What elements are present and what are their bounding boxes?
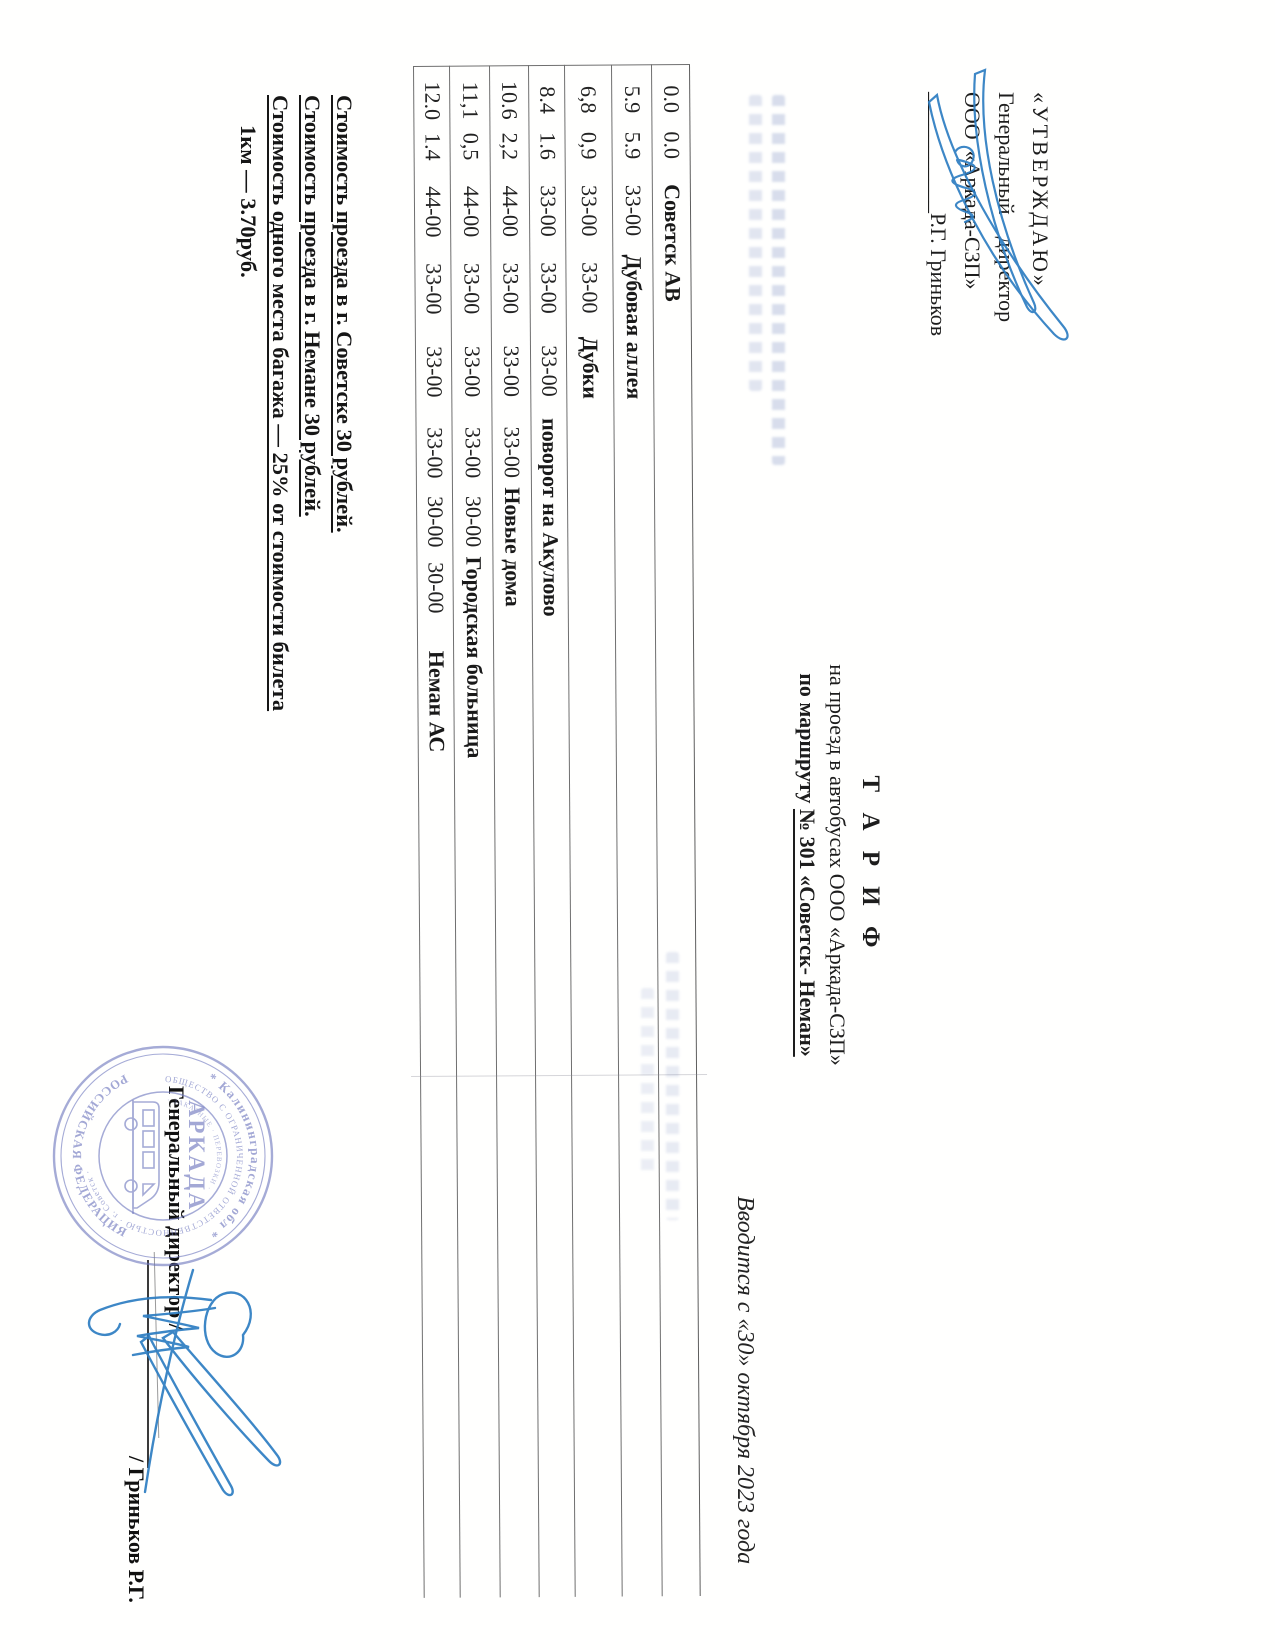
fare-cell: 33-00 (491, 255, 530, 321)
station-name-cell: Новые дома (493, 487, 533, 607)
station-name-cell: поворот на Акулово (531, 418, 568, 617)
fare-cell: 33-00 (452, 338, 492, 404)
note-line: Стоимость проезда в г. Немане 30 рублей. (299, 95, 325, 517)
scan-page: «УТВЕРЖДАЮ» Генеральный директор ООО «Ар… (0, 0, 1275, 1650)
note-line: Стоимость проезда в г. Советске 30 рубле… (331, 95, 357, 533)
station-name-cell: Неман АС (418, 651, 455, 753)
station-name-cell: Дубки (567, 337, 614, 400)
approval-signature-ink (907, 40, 1107, 370)
fare-cell: 33-00 (530, 255, 566, 321)
note-line: 1км — 3.70руб. (235, 125, 261, 278)
fare-table: 0.0 0.0 Советск АВ 5.9 5.9 33-00 Дубовая… (414, 64, 701, 1598)
fare-cell: 33-00 (530, 178, 566, 244)
doc-subtitle: на проезд в автобусах ООО «Аркада-СЗП» (824, 620, 850, 1110)
ghost-text (772, 95, 785, 465)
bus-icon (125, 1100, 159, 1214)
fare-cell: 33-00 (452, 419, 492, 485)
fare-cell: 33-00 (531, 338, 567, 404)
fare-cell: 33-00 (416, 420, 452, 486)
km-leg-cell: 1.4 (414, 118, 450, 176)
fare-cell: 30-00 (417, 555, 453, 621)
fare-cell: 30-00 (453, 488, 493, 554)
note-line: Стоимость одного места багажа — 25% от с… (267, 95, 293, 711)
doc-title: Т А Р И Ф (856, 630, 884, 1100)
fare-cell: 33-00 (492, 338, 531, 404)
fare-cell: 33-00 (566, 255, 613, 321)
station-name-cell: Дубовая аллея (613, 254, 654, 399)
fare-cell: 33-00 (613, 177, 653, 243)
director-signature-ink (65, 1240, 315, 1560)
ghost-text (666, 952, 679, 1220)
km-leg-cell: 2,2 (490, 117, 529, 175)
fare-cell: 33-00 (416, 339, 452, 405)
km-leg-cell: 0,5 (450, 117, 490, 175)
route-line: по маршруту № 301 «Советск- Неман» (794, 620, 820, 1110)
fare-cell: 44-00 (491, 178, 530, 244)
fare-cell: 33-00 (492, 419, 531, 485)
ghost-text (749, 95, 762, 391)
route-prefix: по маршруту (795, 673, 820, 809)
round-stamp: * Калининградская обл * РОССИЙСКАЯ ФЕДЕР… (51, 1044, 275, 1268)
km-leg-cell: 0.0 (652, 116, 690, 174)
stamp-org-name: АРКАДА (184, 1100, 209, 1211)
fare-cell: 33-00 (451, 255, 491, 321)
fare-cell: 33-00 (566, 178, 613, 244)
route-number: № 301 «Советск- Неман» (795, 809, 820, 1057)
fare-cell: 33-00 (415, 256, 451, 322)
effective-date: Вводится с «30» октября 2023 года (731, 1196, 758, 1564)
km-leg-cell: 5.9 (612, 116, 652, 174)
fare-cell: 30-00 (417, 489, 453, 555)
station-name-cell: Советск АВ (653, 184, 692, 302)
ghost-text (641, 988, 654, 1174)
fare-cell: 44-00 (451, 178, 491, 244)
km-leg-cell: 1.6 (529, 117, 565, 175)
fare-cell: 44-00 (415, 179, 451, 245)
station-name-cell: Городская больница (453, 556, 494, 758)
km-leg-cell: 0,9 (565, 117, 612, 175)
